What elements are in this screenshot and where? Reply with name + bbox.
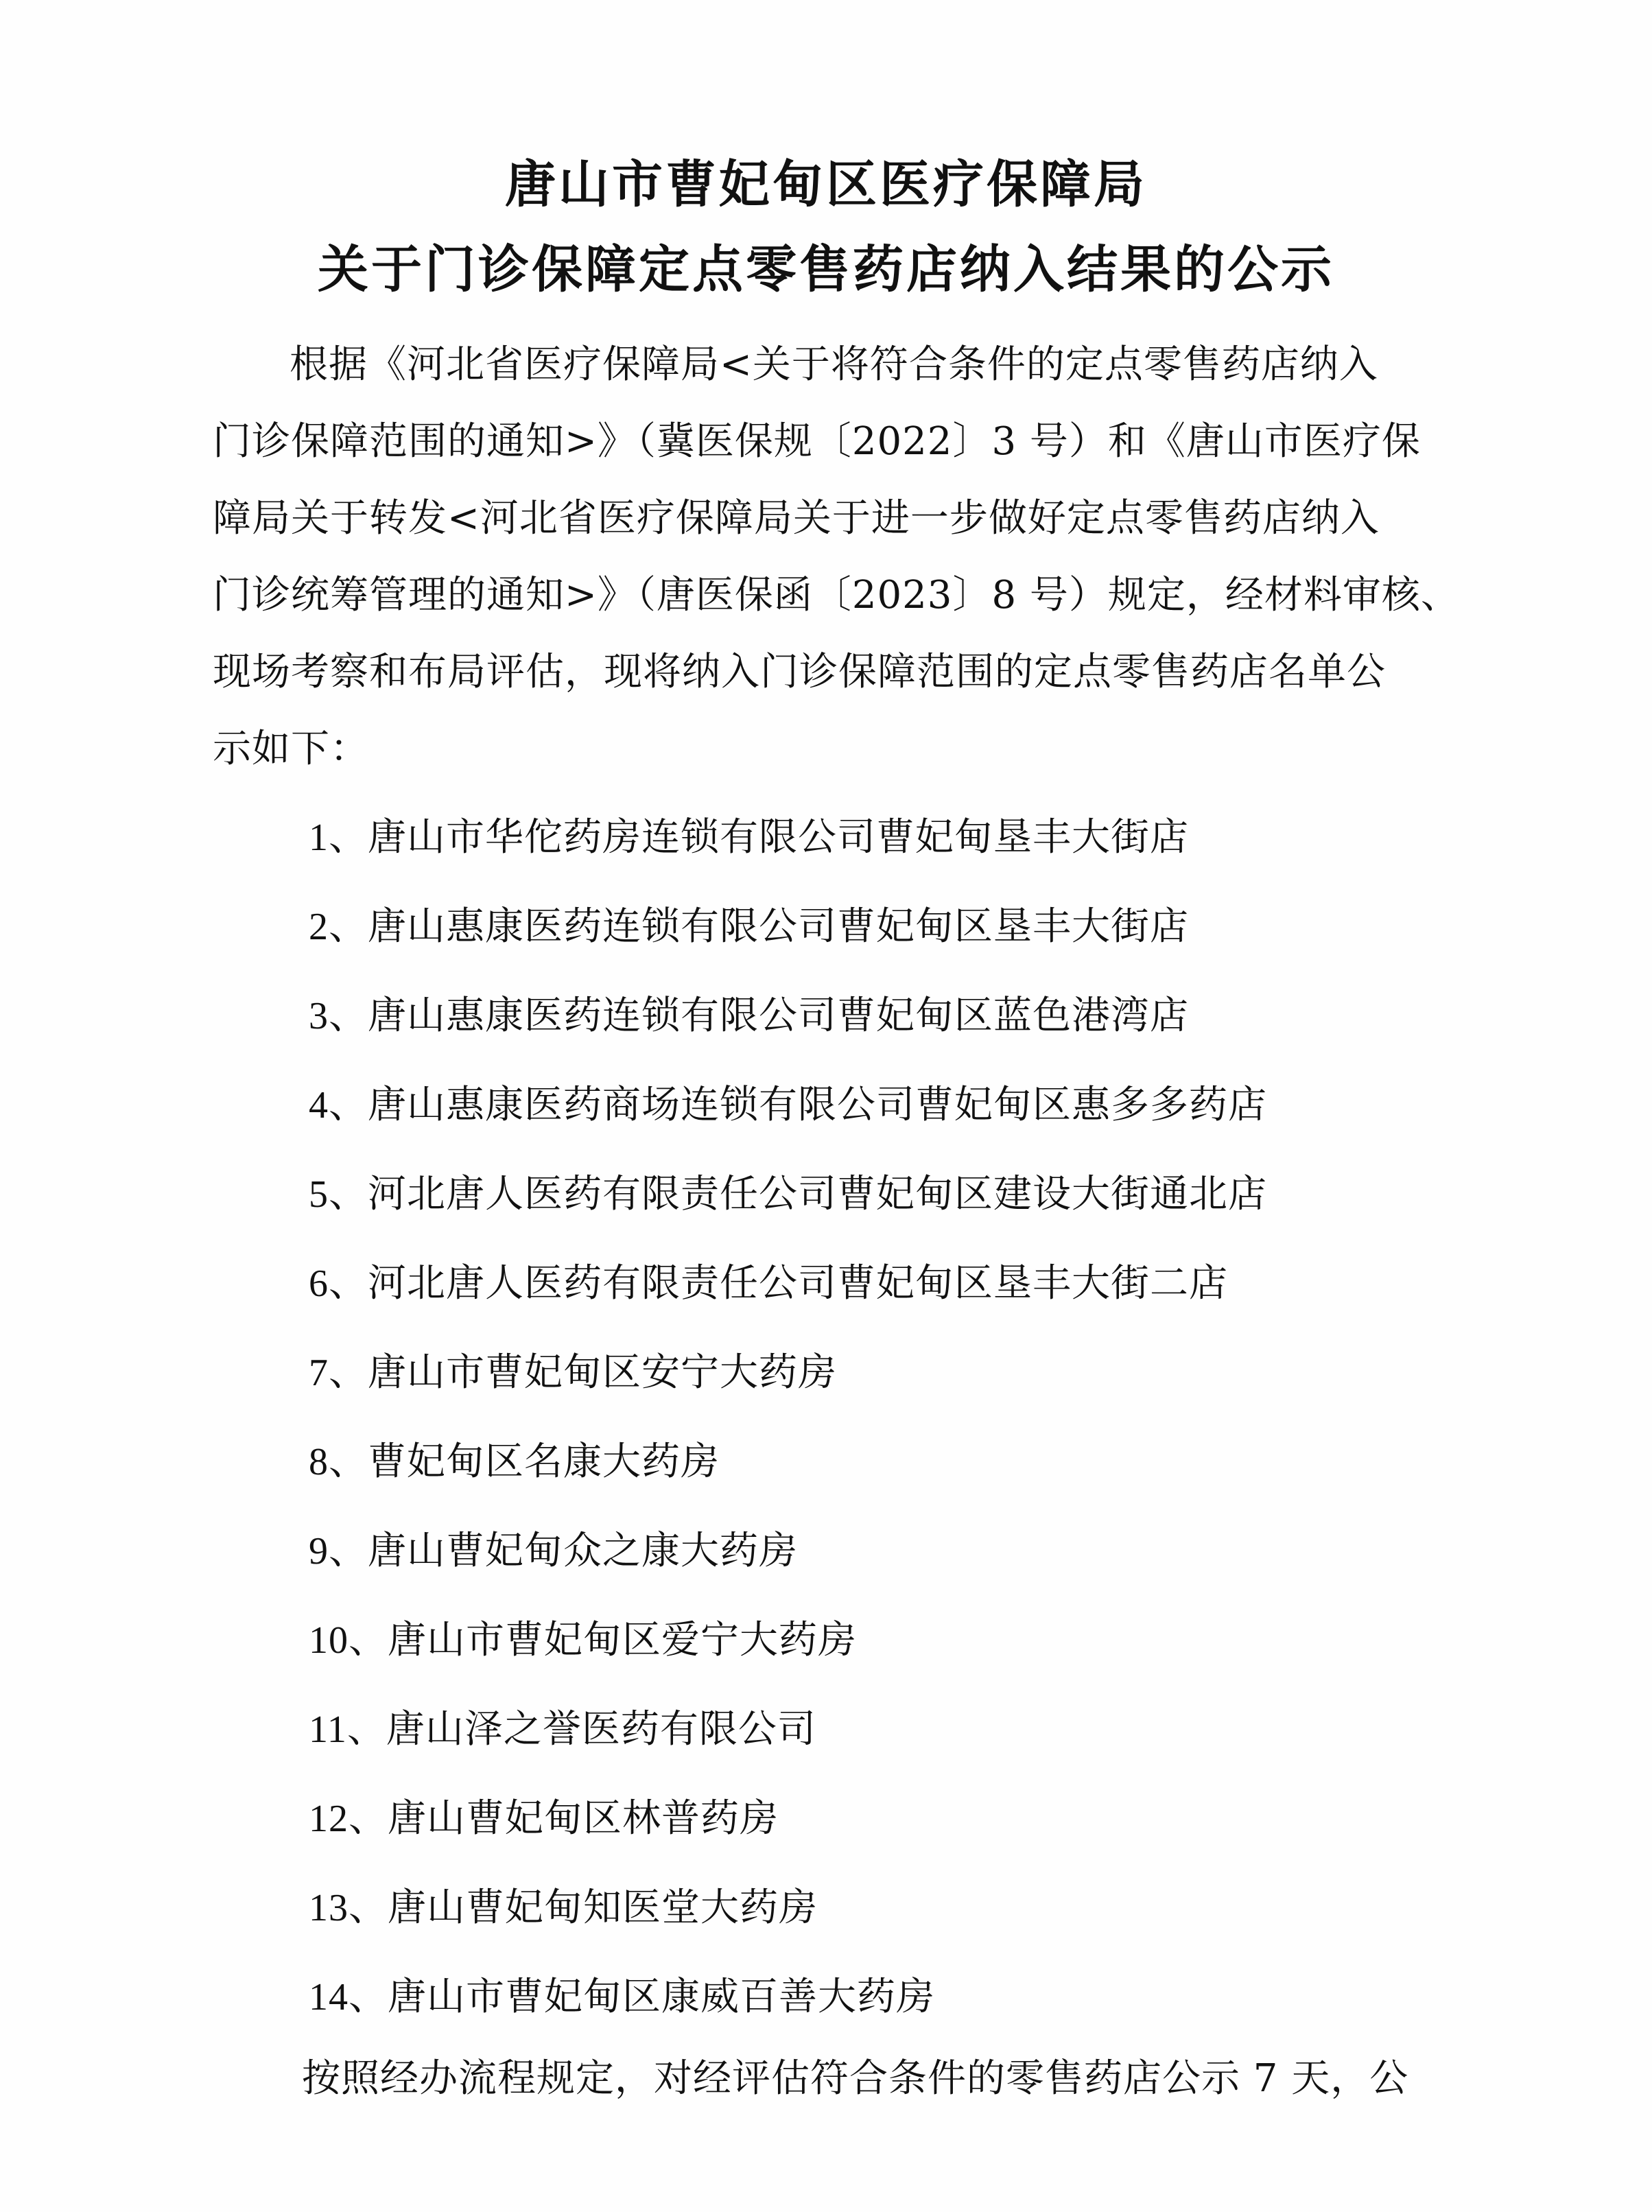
- pharmacy-list-item: 10、唐山市曹妃甸区爱宁大药房: [309, 1616, 857, 1664]
- item-number: 11、: [309, 1708, 386, 1751]
- pharmacy-list-item: 5、河北唐人医药有限责任公司曹妃甸区建设大街通北店: [309, 1170, 1267, 1219]
- item-number: 13、: [309, 1887, 388, 1929]
- item-number: 4、: [309, 1084, 368, 1127]
- item-number: 14、: [309, 1976, 388, 2019]
- pharmacy-name: 唐山曹妃甸知医堂大药房: [388, 1885, 818, 1930]
- pharmacy-name: 唐山曹妃甸众之康大药房: [368, 1529, 798, 1573]
- pharmacy-name: 唐山市曹妃甸区康威百善大药房: [388, 1975, 935, 2019]
- pharmacy-list-item: 12、唐山曹妃甸区林普药房: [309, 1795, 779, 1843]
- item-number: 8、: [309, 1441, 368, 1483]
- pharmacy-name: 唐山市华佗药房连锁有限公司曹妃甸垦丰大街店: [368, 815, 1189, 860]
- item-number: 12、: [309, 1798, 388, 1840]
- pharmacy-list-item: 14、唐山市曹妃甸区康威百善大药房: [309, 1973, 935, 2021]
- intro-line: 现场考察和布局评估，现将纳入门诊保障范围的定点零售药店名单公: [213, 634, 1444, 711]
- item-number: 10、: [309, 1619, 388, 1662]
- item-number: 3、: [309, 995, 368, 1037]
- pharmacy-list-item: 8、曹妃甸区名康大药房: [309, 1438, 720, 1486]
- pharmacy-name: 曹妃甸区名康大药房: [368, 1439, 720, 1484]
- item-number: 6、: [309, 1262, 368, 1305]
- pharmacy-name: 唐山市曹妃甸区安宁大药房: [368, 1350, 837, 1395]
- pharmacy-name: 唐山市曹妃甸区爱宁大药房: [388, 1618, 857, 1662]
- pharmacy-list-item: 3、唐山惠康医药连锁有限公司曹妃甸区蓝色港湾店: [309, 992, 1189, 1040]
- pharmacy-name: 河北唐人医药有限责任公司曹妃甸区垦丰大街二店: [368, 1261, 1228, 1306]
- pharmacy-name: 河北唐人医药有限责任公司曹妃甸区建设大街通北店: [368, 1172, 1267, 1216]
- pharmacy-name: 唐山泽之誉医药有限公司: [386, 1707, 816, 1752]
- intro-line: 障局关于转发<河北省医疗保障局关于进一步做好定点零售药店纳入: [213, 480, 1444, 557]
- document-title-issuer: 唐山市曹妃甸区医疗保障局: [0, 159, 1652, 210]
- intro-line: 根据《河北省医疗保障局<关于将符合条件的定点零售药店纳入: [213, 327, 1444, 403]
- pharmacy-name: 唐山惠康医药连锁有限公司曹妃甸区蓝色港湾店: [368, 993, 1189, 1038]
- item-number: 9、: [309, 1530, 368, 1573]
- item-number: 1、: [309, 816, 368, 859]
- item-number: 7、: [309, 1352, 368, 1394]
- closing-paragraph: 按照经办流程规定，对经评估符合条件的零售药店公示 7 天，公: [302, 2055, 1408, 2103]
- item-number: 5、: [309, 1173, 368, 1216]
- document-title-subject: 关于门诊保障定点零售药店纳入结果的公示: [0, 244, 1652, 295]
- pharmacy-list-item: 7、唐山市曹妃甸区安宁大药房: [309, 1349, 837, 1397]
- intro-paragraph: 根据《河北省医疗保障局<关于将符合条件的定点零售药店纳入 门诊保障范围的通知>》…: [213, 327, 1444, 788]
- pharmacy-list-item: 13、唐山曹妃甸知医堂大药房: [309, 1884, 818, 1932]
- pharmacy-list-item: 4、唐山惠康医药商场连锁有限公司曹妃甸区惠多多药店: [309, 1081, 1267, 1129]
- pharmacy-name: 唐山惠康医药连锁有限公司曹妃甸区垦丰大街店: [368, 904, 1189, 949]
- pharmacy-list-item: 9、唐山曹妃甸众之康大药房: [309, 1527, 798, 1575]
- intro-line: 门诊保障范围的通知>》（冀医保规〔2022〕3 号）和《唐山市医疗保: [213, 403, 1444, 480]
- pharmacy-list-item: 6、河北唐人医药有限责任公司曹妃甸区垦丰大街二店: [309, 1260, 1228, 1308]
- document-page: 唐山市曹妃甸区医疗保障局 关于门诊保障定点零售药店纳入结果的公示 根据《河北省医…: [0, 0, 1652, 2212]
- pharmacy-name: 唐山惠康医药商场连锁有限公司曹妃甸区惠多多药店: [368, 1083, 1267, 1127]
- item-number: 2、: [309, 906, 368, 948]
- intro-line: 示如下：: [213, 711, 1444, 788]
- pharmacy-name: 唐山曹妃甸区林普药房: [388, 1796, 779, 1841]
- pharmacy-list-item: 1、唐山市华佗药房连锁有限公司曹妃甸垦丰大街店: [309, 814, 1189, 862]
- pharmacy-list-item: 2、唐山惠康医药连锁有限公司曹妃甸区垦丰大街店: [309, 903, 1189, 951]
- intro-line: 门诊统筹管理的通知>》（唐医保函〔2023〕8 号）规定，经材料审核、: [213, 557, 1444, 634]
- pharmacy-list-item: 11、唐山泽之誉医药有限公司: [309, 1706, 816, 1754]
